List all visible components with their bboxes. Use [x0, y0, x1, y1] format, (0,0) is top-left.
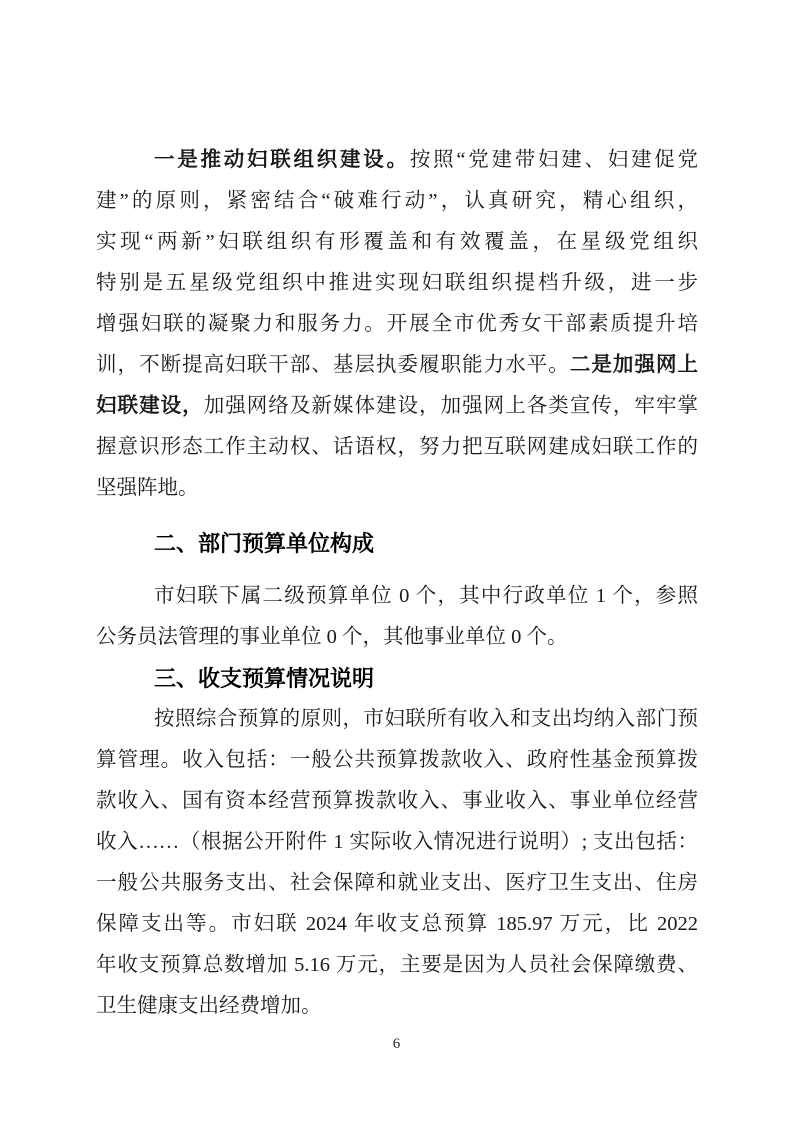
page-number: 6 [0, 1036, 793, 1053]
text-segment: 特别是五星级党组织中推进实现妇联组织提档升级，进一步 [96, 272, 698, 294]
text-segment: 握意识形态工作主动权、话语权，努力把互联网建成妇联工作的 [96, 436, 698, 458]
paragraph-3: 按照综合预算的原则，市妇联所有收入和支出均纳入部门预算管理。收入包括：一般公共预… [96, 699, 698, 1027]
text-line: 款收入、国有资本经营预算拨款收入、事业收入、事业单位经营 [96, 781, 698, 822]
text-line: 收入……（根据公开附件 1 实际收入情况进行说明）; 支出包括： [96, 822, 698, 863]
text-segment: 建”的原则，紧密结合“破难行动”，认真研究，精心组织， [96, 190, 698, 212]
bold-text-segment: 妇联建设， [96, 395, 204, 417]
text-line: 市妇联下属二级预算单位 0 个，其中行政单位 1 个，参照 [96, 576, 698, 617]
text-line: 公务员法管理的事业单位 0 个，其他事业单位 0 个。 [96, 617, 698, 658]
text-line: 年收支预算总数增加 5.16 万元，主要是因为人员社会保障缴费、 [96, 945, 698, 986]
text-segment: 按照综合预算的原则，市妇联所有收入和支出均纳入部门预 [154, 708, 698, 730]
text-line: 特别是五星级党组织中推进实现妇联组织提档升级，进一步 [96, 263, 698, 304]
text-segment: 算管理。收入包括：一般公共预算拨款收入、政府性基金预算拨 [96, 749, 698, 771]
text-segment: 按照“党建带妇建、妇建促党 [410, 149, 698, 171]
text-segment: 卫生健康支出经费增加。 [96, 995, 322, 1017]
text-line: 一是推动妇联组织建设。按照“党建带妇建、妇建促党 [96, 140, 698, 181]
text-line: 保障支出等。市妇联 2024 年收支总预算 185.97 万元，比 2022 [96, 904, 698, 945]
bold-text-segment: 一是推动妇联组织建设。 [154, 149, 410, 171]
text-line: 训，不断提高妇联干部、基层执委履职能力水平。二是加强网上 [96, 345, 698, 386]
text-segment: 公务员法管理的事业单位 0 个，其他事业单位 0 个。 [96, 626, 568, 648]
paragraph-2: 市妇联下属二级预算单位 0 个，其中行政单位 1 个，参照公务员法管理的事业单位… [96, 576, 698, 658]
text-line: 坚强阵地。 [96, 468, 698, 509]
section-heading-3: 三、收支预算情况说明 [96, 658, 698, 699]
text-line: 握意识形态工作主动权、话语权，努力把互联网建成妇联工作的 [96, 427, 698, 468]
text-segment: 坚强阵地。 [96, 477, 199, 499]
paragraph-1: 一是推动妇联组织建设。按照“党建带妇建、妇建促党建”的原则，紧密结合“破难行动”… [96, 140, 698, 509]
text-segment: 年收支预算总数增加 5.16 万元，主要是因为人员社会保障缴费、 [96, 954, 698, 976]
text-segment: 增强妇联的凝聚力和服务力。开展全市优秀女干部素质提升培 [96, 313, 698, 335]
bold-text-segment: 二是加强网上 [570, 354, 698, 376]
text-line: 算管理。收入包括：一般公共预算拨款收入、政府性基金预算拨 [96, 740, 698, 781]
section-heading-2: 二、部门预算单位构成 [96, 523, 698, 564]
text-line: 建”的原则，紧密结合“破难行动”，认真研究，精心组织， [96, 181, 698, 222]
text-segment: 收入……（根据公开附件 1 实际收入情况进行说明）; 支出包括： [96, 831, 698, 853]
text-segment: 实现“两新”妇联组织有形覆盖和有效覆盖，在星级党组织 [96, 231, 698, 253]
document-body: 一是推动妇联组织建设。按照“党建带妇建、妇建促党建”的原则，紧密结合“破难行动”… [96, 140, 698, 1027]
text-line: 卫生健康支出经费增加。 [96, 986, 698, 1027]
text-line: 一般公共服务支出、社会保障和就业支出、医疗卫生支出、住房 [96, 863, 698, 904]
text-line: 实现“两新”妇联组织有形覆盖和有效覆盖，在星级党组织 [96, 222, 698, 263]
text-segment: 一般公共服务支出、社会保障和就业支出、医疗卫生支出、住房 [96, 872, 698, 894]
text-segment: 款收入、国有资本经营预算拨款收入、事业收入、事业单位经营 [96, 790, 698, 812]
text-line: 增强妇联的凝聚力和服务力。开展全市优秀女干部素质提升培 [96, 304, 698, 345]
text-segment: 训，不断提高妇联干部、基层执委履职能力水平。 [96, 354, 570, 376]
text-segment: 市妇联下属二级预算单位 0 个，其中行政单位 1 个，参照 [154, 585, 698, 607]
text-segment: 加强网络及新媒体建设，加强网上各类宣传，牢牢掌 [204, 395, 698, 417]
text-line: 按照综合预算的原则，市妇联所有收入和支出均纳入部门预 [96, 699, 698, 740]
text-segment: 保障支出等。市妇联 2024 年收支总预算 185.97 万元，比 2022 [96, 913, 698, 935]
document-page: 一是推动妇联组织建设。按照“党建带妇建、妇建促党建”的原则，紧密结合“破难行动”… [0, 0, 793, 1122]
text-line: 妇联建设，加强网络及新媒体建设，加强网上各类宣传，牢牢掌 [96, 386, 698, 427]
